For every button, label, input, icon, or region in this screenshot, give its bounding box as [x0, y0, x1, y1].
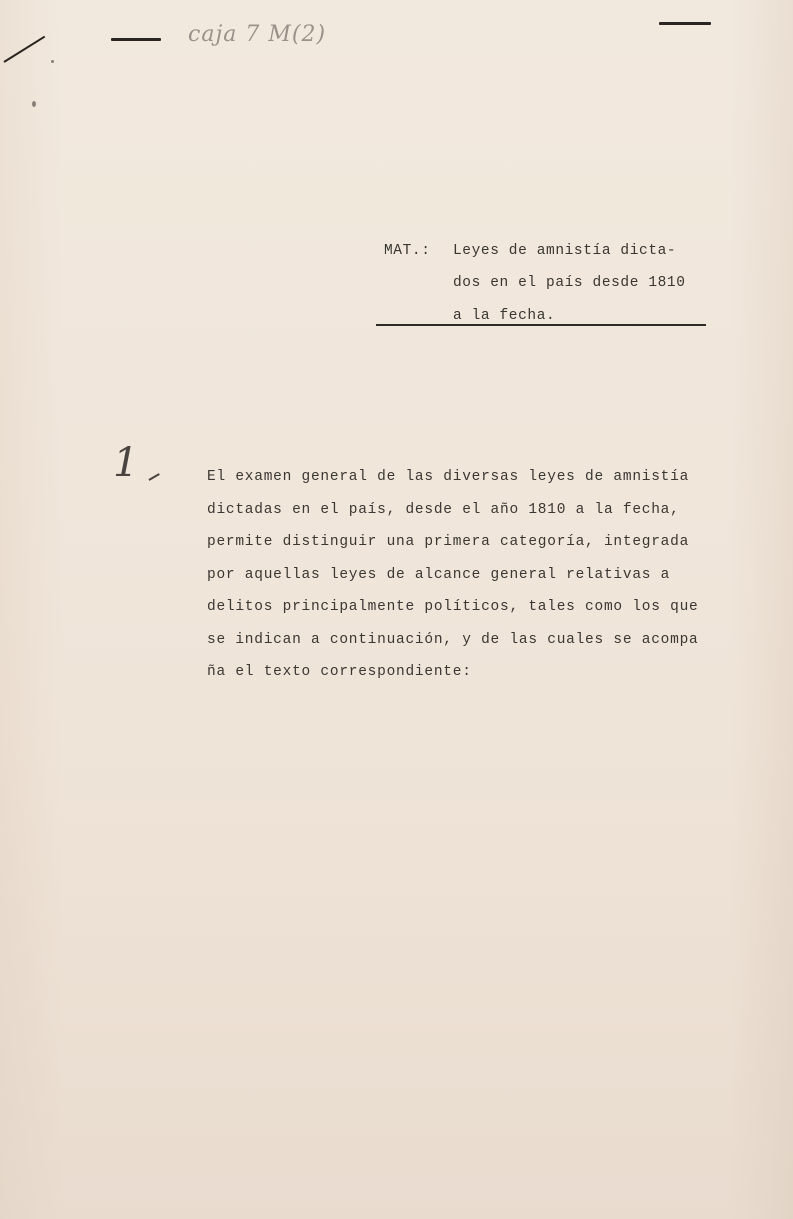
pen-stroke-mark	[3, 36, 45, 63]
section-number-tick	[148, 473, 159, 480]
body-line-3: permite distinguir una primera categoría…	[207, 534, 689, 550]
body-line-4: por aquellas leyes de alcance general re…	[207, 567, 670, 583]
speck-mark	[51, 60, 54, 63]
subject-underline	[376, 324, 706, 326]
subject-line-1: Leyes de amnistía dicta-	[453, 243, 676, 259]
header-dash-left	[111, 38, 161, 41]
subject-label: MAT.:	[384, 243, 431, 259]
subject-line-3: a la fecha.	[453, 308, 555, 324]
body-line-6: se indican a continuación, y de las cual…	[207, 632, 698, 648]
section-number: 1	[113, 440, 138, 486]
body-line-1: El examen general de las diversas leyes …	[207, 469, 689, 485]
body-line-2: dictadas en el país, desde el año 1810 a…	[207, 502, 680, 518]
body-line-5: delitos principalmente políticos, tales …	[207, 599, 698, 615]
header-dash-right	[659, 22, 711, 25]
subject-line-2: dos en el país desde 1810	[453, 275, 686, 291]
speck-mark	[32, 101, 36, 107]
archive-note: caja 7 M(2)	[188, 22, 326, 47]
body-line-7: ña el texto correspondiente:	[207, 664, 472, 680]
